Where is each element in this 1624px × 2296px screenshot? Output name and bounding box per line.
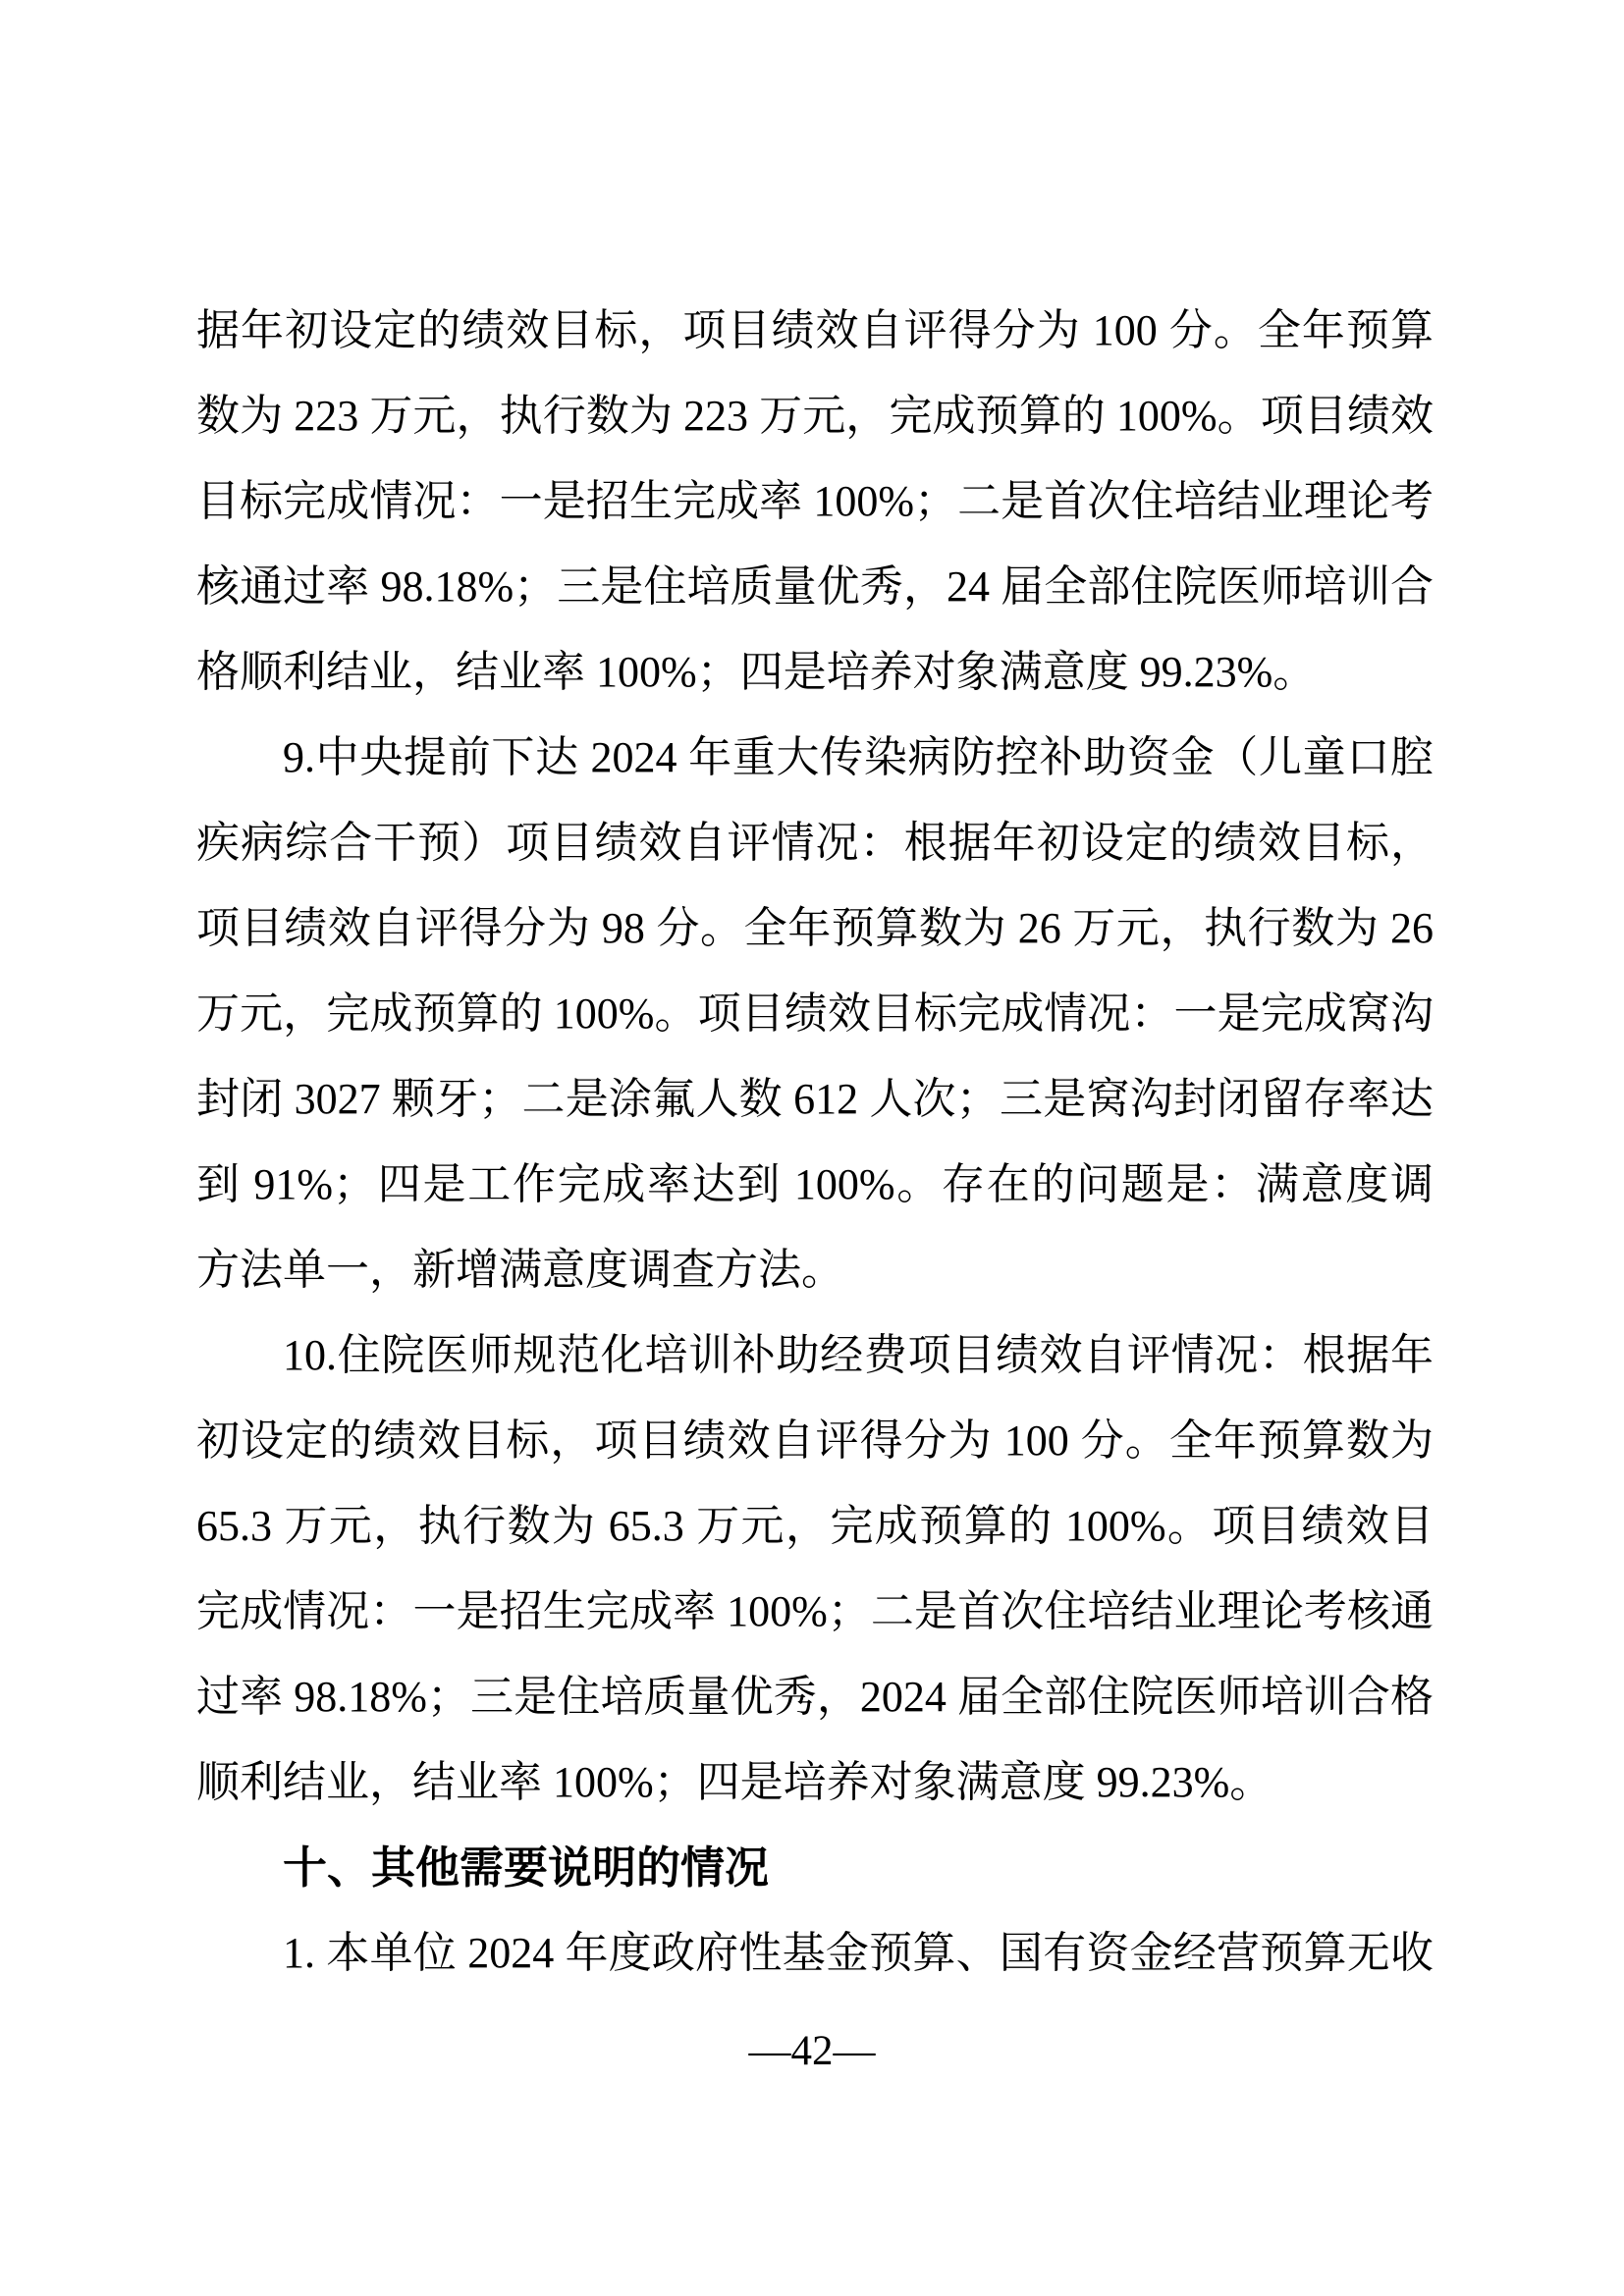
text-line: 10.住院医师规范化培训补助经费项目绩效自评情况：根据年 (196, 1312, 1434, 1398)
text-line: 数为 223 万元，执行数为 223 万元，完成预算的 100%。项目绩效 (196, 373, 1434, 458)
page-number: —42— (0, 2030, 1624, 2073)
text-line: 万元，完成预算的 100%。项目绩效目标完成情况：一是完成窝沟 (196, 971, 1434, 1056)
text-line: 9.中央提前下达 2024 年重大传染病防控补助资金（儿童口腔 (196, 715, 1434, 800)
text-line: 目标完成情况：一是招生完成率 100%；二是首次住培结业理论考 (196, 458, 1434, 544)
document-page: 据年初设定的绩效目标，项目绩效自评得分为 100 分。全年预算数为 223 万元… (0, 0, 1624, 2296)
para-continuation: 据年初设定的绩效目标，项目绩效自评得分为 100 分。全年预算数为 223 万元… (196, 288, 1434, 715)
text-line: 方法单一，新增满意度调查方法。 (196, 1227, 1434, 1312)
text-line: 疾病综合干预）项目绩效自评情况：根据年初设定的绩效目标， (196, 800, 1434, 885)
text-line: 65.3 万元，执行数为 65.3 万元，完成预算的 100%。项目绩效目标 (196, 1483, 1434, 1569)
text-line: 到 91%；四是工作完成率达到 100%。存在的问题是：满意度调查 (196, 1142, 1434, 1227)
para-item-9: 9.中央提前下达 2024 年重大传染病防控补助资金（儿童口腔疾病综合干预）项目… (196, 715, 1434, 1312)
text-line: 封闭 3027 颗牙；二是涂氟人数 612 人次；三是窝沟封闭留存率达 (196, 1056, 1434, 1142)
text-line: 顺利结业，结业率 100%；四是培养对象满意度 99.23%。 (196, 1739, 1434, 1825)
text-line: 据年初设定的绩效目标，项目绩效自评得分为 100 分。全年预算 (196, 288, 1434, 373)
text-line: 项目绩效自评得分为 98 分。全年预算数为 26 万元，执行数为 26 (196, 885, 1434, 971)
para-item-10: 10.住院医师规范化培训补助经费项目绩效自评情况：根据年初设定的绩效目标，项目绩… (196, 1312, 1434, 1825)
text-line: 完成情况：一是招生完成率 100%；二是首次住培结业理论考核通 (196, 1569, 1434, 1654)
section-heading-10: 十、其他需要说明的情况 (196, 1825, 1434, 1910)
document-content: 据年初设定的绩效目标，项目绩效自评得分为 100 分。全年预算数为 223 万元… (196, 288, 1434, 1996)
text-line: 格顺利结业，结业率 100%；四是培养对象满意度 99.23%。 (196, 629, 1434, 715)
text-line: 初设定的绩效目标，项目绩效自评得分为 100 分。全年预算数为 (196, 1398, 1434, 1483)
text-line: 核通过率 98.18%；三是住培质量优秀，24 届全部住院医师培训合 (196, 544, 1434, 629)
text-line: 1. 本单位 2024 年度政府性基金预算、国有资金经营预算无收 (196, 1910, 1434, 1996)
text-line: 过率 98.18%；三是住培质量优秀，2024 届全部住院医师培训合格 (196, 1654, 1434, 1739)
para-other-note-1: 1. 本单位 2024 年度政府性基金预算、国有资金经营预算无收 (196, 1910, 1434, 1996)
